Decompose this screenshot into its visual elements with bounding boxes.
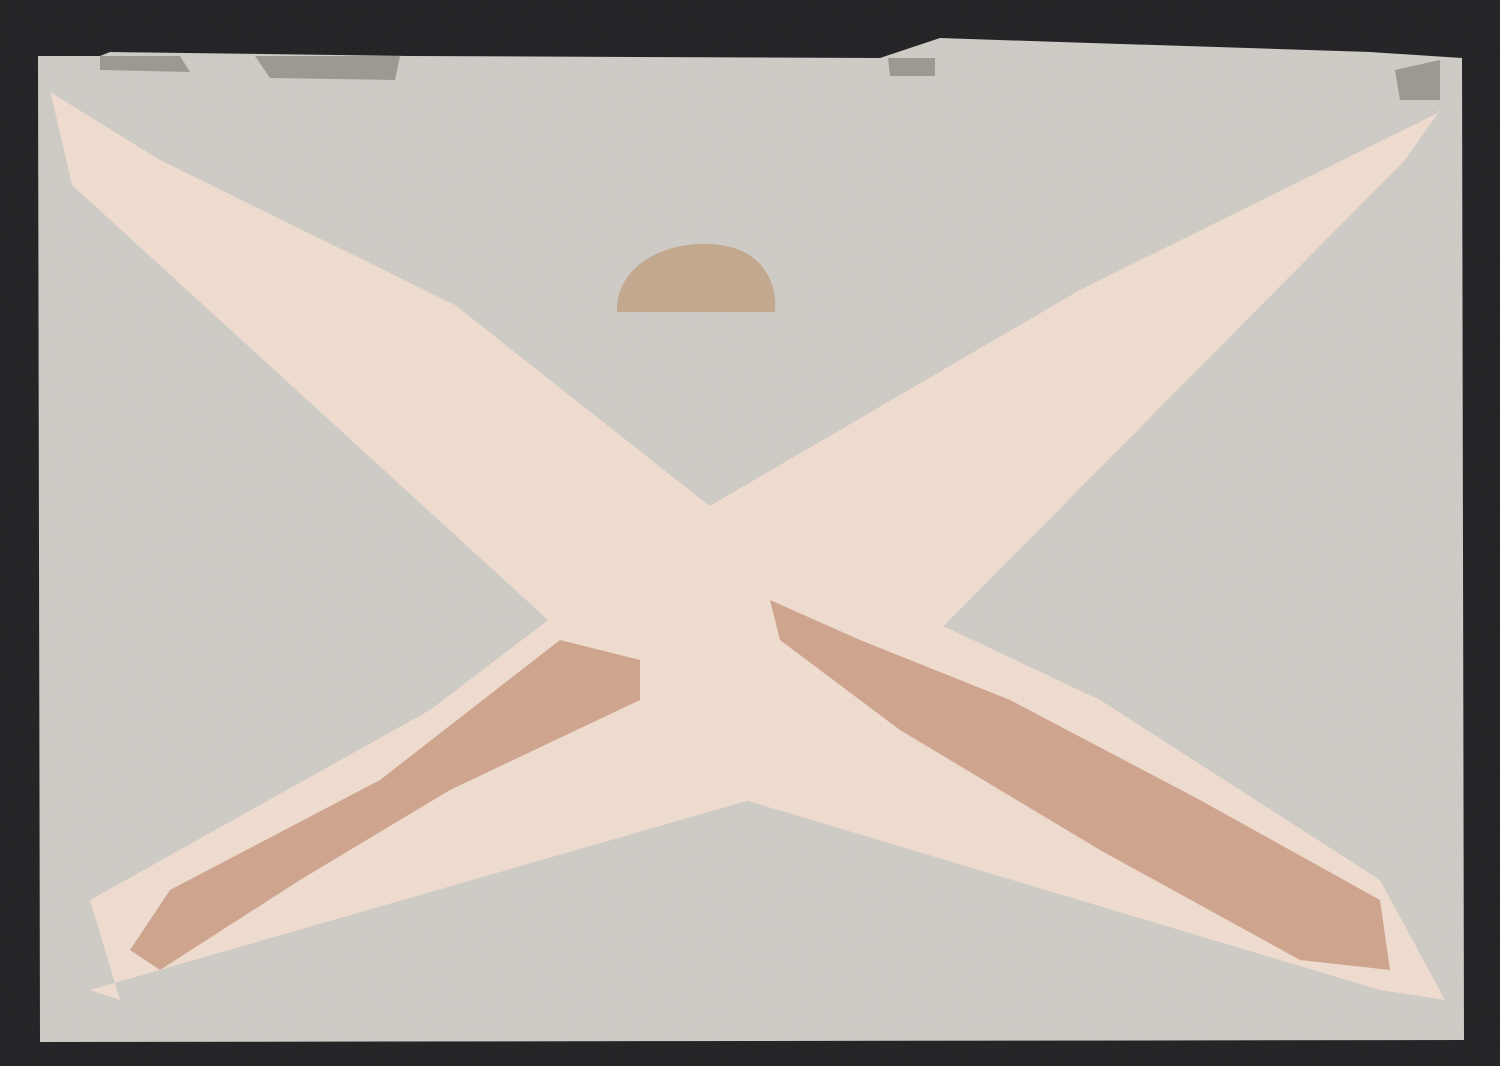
envelope-photo [0,0,1500,1066]
photo-scene [0,0,1500,1066]
